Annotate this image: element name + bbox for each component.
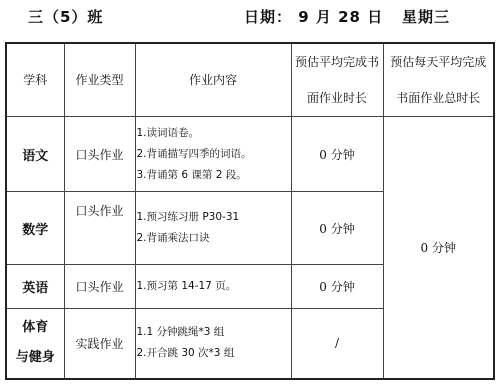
header-content: 作业内容 [135,43,291,117]
time-cell: 0 分钟 [291,192,383,265]
time-cell: / [291,309,383,379]
subject-cell: 英语 [6,265,64,309]
table-row: 语文 口头作业 1.读词语卷。 2.背诵描写四季的词语。 3.背诵第 6 课第 … [6,117,494,192]
homework-table: 学科 作业类型 作业内容 预估平均完成书 面作业时长 预估每天平均完成 书面作业… [5,42,495,380]
time-cell: 0 分钟 [291,265,383,309]
header-total-time-line1: 预估每天平均完成 [384,44,494,80]
subject-line: 与健身 [7,343,64,373]
header-subject: 学科 [6,43,64,117]
header-avg-time: 预估平均完成书 面作业时长 [291,43,383,117]
header-avg-time-line1: 预估平均完成书 [292,44,383,80]
type-cell: 实践作业 [64,309,135,379]
header-total-time-line2: 书面作业总时长 [384,80,494,116]
content-item: 1.预习第 14-17 页。 [137,276,291,297]
type-cell: 口头作业 [64,117,135,192]
content-item: 2.背诵乘法口诀 [137,228,291,249]
weekday-label: 星期三 [402,6,450,27]
subject-cell: 数学 [6,192,64,265]
content-cell: 1.1 分钟跳绳*3 组 2.开合跳 30 次*3 组 [135,309,291,379]
content-cell: 1.读词语卷。 2.背诵描写四季的词语。 3.背诵第 6 课第 2 段。 [135,117,291,192]
content-cell: 1.预习练习册 P30-31 2.背诵乘法口诀 [135,192,291,265]
content-item: 2.开合跳 30 次*3 组 [137,343,291,364]
content-item: 1.读词语卷。 [137,123,291,144]
header-avg-time-line2: 面作业时长 [292,80,383,116]
table-header-row: 学科 作业类型 作业内容 预估平均完成书 面作业时长 预估每天平均完成 书面作业… [6,43,494,117]
time-cell: 0 分钟 [291,117,383,192]
header-type: 作业类型 [64,43,135,117]
type-cell: 口头作业 [64,265,135,309]
content-item: 1.1 分钟跳绳*3 组 [137,322,291,343]
subject-cell: 语文 [6,117,64,192]
date-label: 日期： 9 月 28 日 [244,6,383,27]
header-total-time: 预估每天平均完成 书面作业总时长 [383,43,494,117]
content-item: 3.背诵第 6 课第 2 段。 [137,165,291,186]
subject-line: 体育 [7,313,64,343]
content-item: 1.预习练习册 P30-31 [137,207,291,228]
total-time-cell: 0 分钟 [383,117,494,379]
content-cell: 1.预习第 14-17 页。 [135,265,291,309]
class-title: 三（5）班 [28,6,103,27]
subject-cell: 体育 与健身 [6,309,64,379]
type-cell: 口头作业 [64,192,135,265]
content-item: 2.背诵描写四季的词语。 [137,144,291,165]
